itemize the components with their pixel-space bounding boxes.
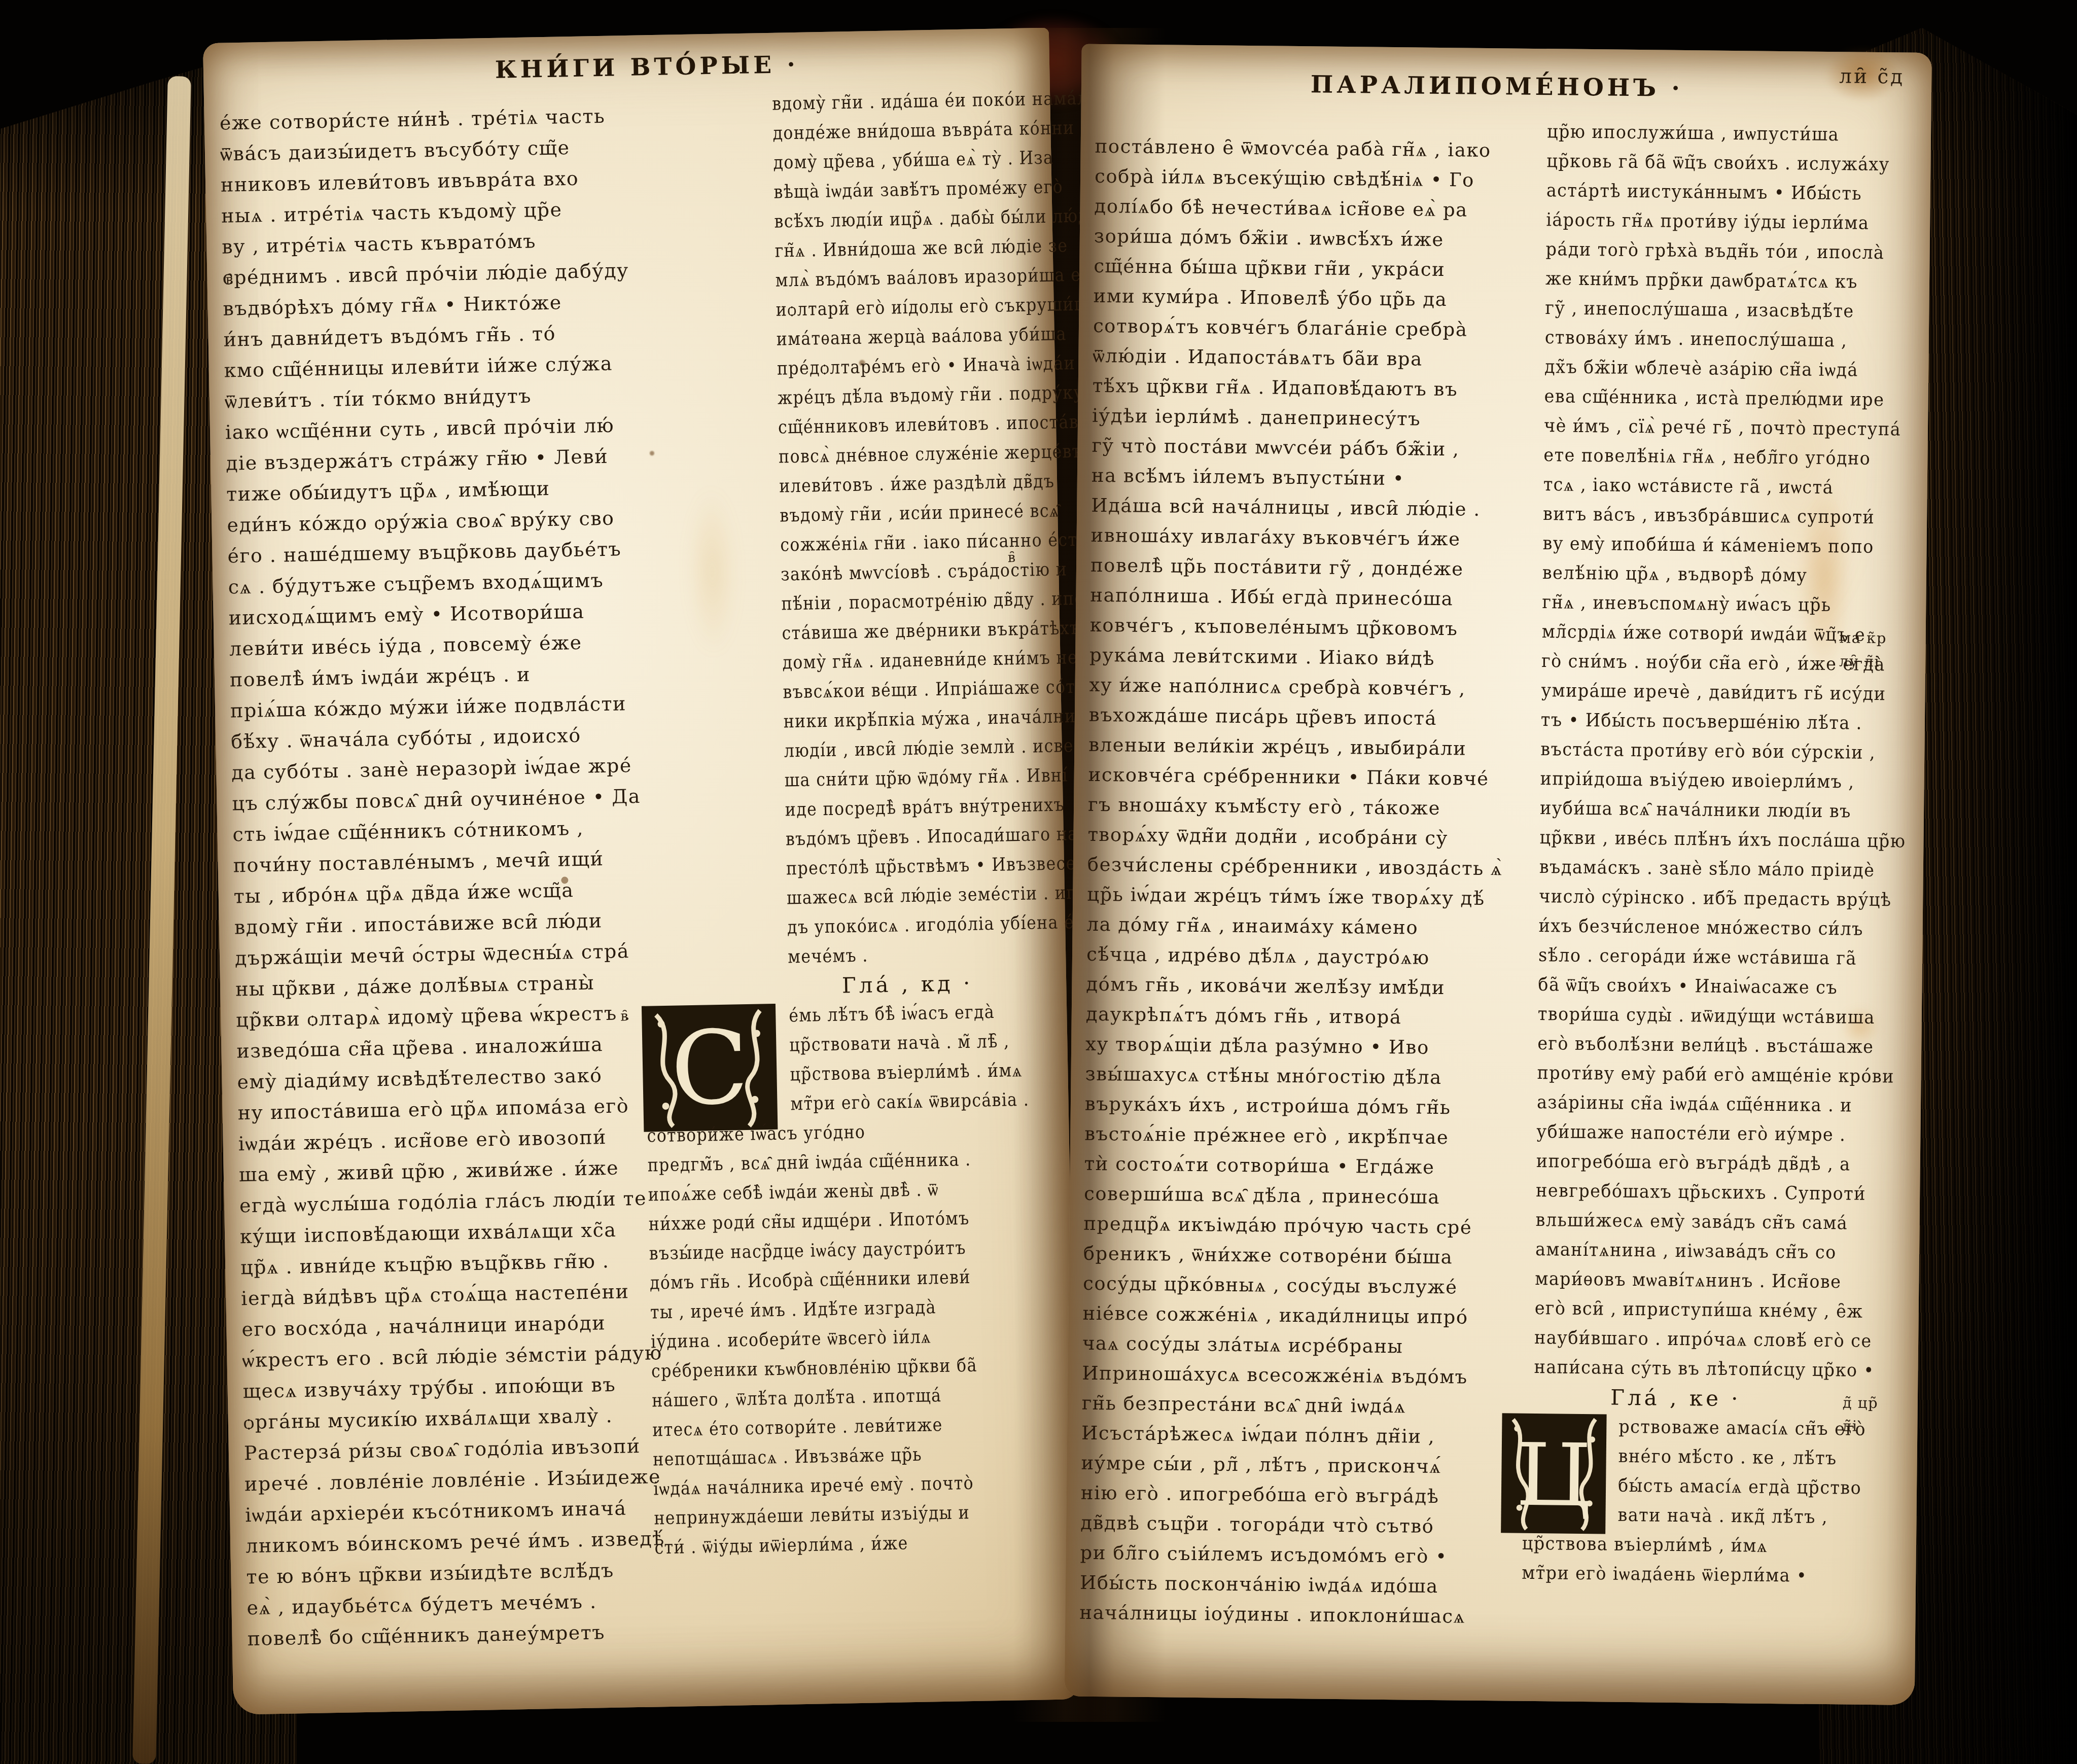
text-line: гъ вноша́ху къмѣ́сту его̀ , та́коже <box>1088 790 1535 824</box>
text-line: мт̃ри его̀ іѡада́ень ѿіерли́ма • <box>1522 1559 1888 1592</box>
text-line: проти́ву ему̀ раби́ его̀ амще́ніе кро́ви <box>1537 1059 1894 1091</box>
woodcut-initial-letter: Ц <box>1500 1412 1608 1535</box>
text-line: гу̃ что̀ поста́ви мѡѵсе́и ра́бъ бж̃іи , <box>1092 431 1538 465</box>
text-line: его̀ вси̑ , иприступи́ша кне́му , е̑ж <box>1534 1294 1891 1327</box>
text-line: сожже́ніѧ гн̃и . іако пи́санно е́сть въ <box>780 526 1007 560</box>
text-line: гн̃ь безпреста́ни всѧ̑ дни̑ іѡда́ѧ <box>1081 1388 1528 1423</box>
text-line: рука́ма леви́тскими . Иіако ви́дѣ <box>1089 640 1536 675</box>
text-line: исковче́га сре́бренники • Па́ки ковче́ <box>1088 760 1535 794</box>
chapter-24-opening: С е́мь лѣ́тъ бѣ̀ іѡ́асъ егда̀цр̃ствовати… <box>641 997 1057 1563</box>
text-line: долі́ѧбо бѣ̀ нечести́ваѧ існ̃ове еѧ̀ ра <box>1094 191 1541 226</box>
text-line: зори́ша до́мъ бж̃іи . иѡвсѣ́хъ и́же <box>1094 221 1541 256</box>
text-line: ники икрѣ́пкіа му́жа , инача́лники <box>783 703 1010 736</box>
text-line: иу́мре сы́и , рл̃ , лѣ́тъ , прискончѧ́ <box>1081 1448 1528 1483</box>
text-line: вне́го мѣ́сто . ке , лѣ́тъ <box>1618 1442 1895 1474</box>
text-line: дх̃ъ бж̃іи ѡблечѐ аза́рію сн̃а іѡда́ <box>1544 352 1902 385</box>
text-line: вдому̀ гн̃и . ида́ша е́и поко́и нама́ло <box>772 86 999 119</box>
text-line: ивноша́ху ивлага́ху въковче́гъ и́же <box>1090 520 1537 555</box>
text-line: рствоваже амасі́ѧ сн̃ъ его̀ <box>1618 1413 1896 1445</box>
text-line: даукрѣпѧ́тъ до́мъ гн̃ь , итвора́ <box>1086 999 1533 1034</box>
text-line: донде́же вни́доша въвра́та ко́нни <box>772 115 1000 149</box>
text-line: върука́хъ и́хъ , истрои́ша до́мъ гн̃ь <box>1085 1089 1532 1123</box>
column-text-block: цр̃ю ипослужи́ша , иѡпусти́шацр̃ковь га̃… <box>1501 117 1930 1386</box>
text-line: ими куми́ра . Иповелѣ̀ у́бо цр̃ь да <box>1093 281 1540 315</box>
text-line: цр̃ю ипослужи́ша , иѡпусти́ша <box>1547 117 1904 150</box>
text-line: число̀ су́рінско . ибъ̃ предасть вру́цѣ <box>1539 882 1896 915</box>
text-line: вльши́жесѧ ему̀ зава́дъ сн̃ъ сама́ <box>1535 1206 1892 1239</box>
text-line: вати нача̀ . икд̃ лѣ́тъ , <box>1617 1501 1895 1533</box>
text-line: тсѧ , іако ѡста́висте га̃ , иѡста́ <box>1543 470 1900 503</box>
text-line: аста́ртѣ иистука́ннымъ • Ибы́сть <box>1546 176 1904 209</box>
text-line: мари́ѳовъ мѡаві́тѧнинъ . Исн̃ове <box>1535 1264 1892 1297</box>
text-line: престо́лѣ цр̃ьствѣмъ • Ивъзвесели́ <box>786 850 1013 884</box>
text-line: вленыи вели́кіи жре́цъ , ивыбира́ли <box>1088 730 1535 764</box>
text-line: Ида́ша вси̑ нача́лницы , ивси̑ лю́діе . <box>1091 490 1538 525</box>
text-line: мт̃ри его̀ сакі́ѧ ѿвирса́віа . <box>790 1085 1017 1119</box>
text-line: ла до́му гн̃ѧ , инаима́ху ка́мено <box>1086 909 1533 944</box>
text-line: ба̃ ѿц̃ъ свои́хъ • Инаіѡ́асаже съ <box>1538 970 1895 1003</box>
text-line: има́тѳана жерца̀ ваа́лова уби́ша <box>776 321 1003 354</box>
text-line: пре́дѻлтаре́мъ его̀ • Инача̀ іѡда́и <box>777 350 1004 383</box>
text-line: сотворѧ́тъ ковче́гъ блага́ніе сребра̀ <box>1093 311 1540 345</box>
text-line: тѣ́хъ цр̃кви гн̃ѧ . Идаповѣ́даютъ въ <box>1092 371 1539 405</box>
text-line: иде посредѣ̀ вра́тъ вну́тренихъ <box>785 791 1012 825</box>
text-line: же кни́мъ прр̃ки даѡбратѧ́тсѧ къ <box>1545 264 1903 297</box>
text-line: цр̃ствова въіерли́мѣ . и́мѧ <box>790 1056 1017 1089</box>
text-line: твори́ша суды̀ . иѿиду́щи ѡста́виша <box>1538 1000 1895 1033</box>
text-line: дому̀ гн̃ѧ . иданевни́де кни́мъ нечи́стъ <box>782 644 1009 678</box>
text-line: ковче́гъ , къповеле́нымъ цр̃ковомъ <box>1090 610 1537 645</box>
text-line: мл̃срдіѧ и́же сотвори́ иѡда́и ѿц̃ъ е <box>1541 617 1898 650</box>
text-line: ете повелѣ́ніѧ гн̃ѧ , небл̃го уго́дно <box>1543 441 1900 474</box>
left-page: КНИ́ГИ ВТО́РЫЕ · в̑ в̑ в̑ е́же сотвори́с… <box>203 28 1079 1715</box>
text-line: сѣ́чца , идре́во дѣ́лѧ , даустро́ѧю <box>1086 939 1533 974</box>
text-line: ри бл̃го съіи́лемъ исъдомо́мъ его̀ • <box>1080 1538 1527 1572</box>
text-line: повсѧ̀ дне́вное служе́ніе жерце́въ , <box>779 438 1006 472</box>
text-line: невгребо́шахъ цр̃ьскихъ . Супроти́ <box>1536 1176 1893 1209</box>
text-line: чаѧ сосу́ды зла́тыѧ исре́браны <box>1082 1328 1529 1363</box>
text-line: Исъста́рѣжесѧ іѡ́даи по́лнъ дн̃іи , <box>1081 1418 1528 1453</box>
text-line: ша сни́ти цр̃ю ѿдо́му гн̃ѧ . Ивні́ <box>784 762 1011 795</box>
text-line: сщ̃е́нниковъ илеви́товъ . ипоста́ви <box>778 409 1005 442</box>
open-book-photo: КНИ́ГИ ВТО́РЫЕ · в̑ в̑ в̑ е́же сотвори́с… <box>0 0 2077 1764</box>
text-line: иуби́ша всѧ̑ нача́лники люді́и въ <box>1540 794 1897 827</box>
text-line: витъ ва́съ , ивъзбра́вшисѧ супроти́ <box>1543 500 1900 533</box>
text-line: люді́и , ивси̑ лю́діе землѝ . исведо́ <box>784 732 1011 766</box>
chapter-25-opening: Ц рствоваже амасі́ѧ сн̃ъ его̀вне́го мѣ́с… <box>1499 1411 1917 1592</box>
text-line: звы́шахусѧ стѣ́ны мно́гостію дѣ́ла <box>1085 1059 1532 1093</box>
text-line: ипогребо́ша его̀ въгра́дѣ дв̃дѣ , а <box>1536 1147 1893 1180</box>
text-line: мече́мъ . <box>788 938 1015 972</box>
text-line: нію его̀ . ипогребо́ша его̀ въгра́дѣ <box>1081 1478 1528 1512</box>
right-page-column-2: цр̃ю ипослужи́ша , иѡпусти́шацр̃ковь га̃… <box>1499 117 1930 1592</box>
text-line: соверши́ша всѧ̑ дѣ́ла , принесо́ша <box>1084 1179 1531 1213</box>
chapter-heading-24: Гла́ , кд · <box>788 968 1027 1002</box>
text-line: илеви́товъ . и́же раздѣлѝ дв̃дъ <box>779 468 1006 501</box>
initial-letter-glyph: С <box>670 1009 750 1128</box>
text-line: науби́вшаго . ипро́чаѧ словѣ́ его̀ се <box>1534 1323 1891 1356</box>
text-line: велѣ́нію цр̃ѧ , въдворѣ̀ до́му <box>1542 558 1899 591</box>
running-title-right: ПАРАЛИПОМЕ́НОНЪ · <box>1311 70 1683 102</box>
text-line: Ибы́сть посконча́нію іѡда́ѧ идо́ша <box>1080 1568 1527 1602</box>
text-line: ху и́же напо́лнисѧ сребра̀ ковче́гъ , <box>1089 670 1536 704</box>
text-line: го̀ сни́мъ . ноу́би сн̃а его̀ , и́же егд… <box>1541 647 1898 680</box>
text-line: ѕѣ́ло . сегора́ди и́же ѡста́виша га̃ <box>1538 941 1895 974</box>
text-line: цр̃ствова въіерли́мѣ , и́мѧ <box>1522 1529 1888 1563</box>
text-line: іа́рость гн̃ѧ проти́ву іу́ды іерли́ма <box>1546 205 1903 238</box>
text-line: Иприноша́хусѧ всесожже́ніѧ въдо́мъ <box>1082 1358 1529 1393</box>
text-line: сщ̃е́нна бы́ша цр̃кви гн̃и , укра́си <box>1094 251 1540 286</box>
text-line: до́мъ гн̃ь , икова́чи желѣ́зу имѣ́ди <box>1086 969 1533 1004</box>
running-title-left: КНИ́ГИ ВТО́РЫЕ · <box>495 51 799 84</box>
text-line: уби́шаже напосте́ли его̀ иу́мре . <box>1536 1117 1893 1150</box>
text-line: жре́цъ дѣ́ла въдому̀ гн̃и . подру́ку <box>777 379 1004 413</box>
text-line: безчи́слены сре́бренники , ивозда́сть ѧ̀ <box>1087 850 1534 884</box>
text-line: цр̃ствовати нача̀ . м̃ лѣ̑ , <box>789 1027 1016 1060</box>
text-line: творѧ́ху ѿдн̃и додн̃и , исобра́ни су̀ <box>1087 820 1534 854</box>
text-line: млѧ̀ въдо́мъ ваа́ловъ иразори́ша его̀ , <box>775 262 1002 295</box>
text-line: и́хъ безчи́сленое мно́жество си́лъ <box>1538 911 1895 944</box>
text-line: гу̃ , инепослу́шаша , изасвѣдѣ́те <box>1545 294 1902 327</box>
text-line: въстоѧ́ніе пре́жнее его̀ , икрѣ́пчае <box>1084 1119 1531 1153</box>
chapter-heading-25: Гла́ , ке · <box>1534 1382 1818 1415</box>
text-line: ста́виша же две́рники въкра́тѣхъ <box>782 615 1009 648</box>
text-line: е́мь лѣ́тъ бѣ̀ іѡ́асъ егда̀ <box>789 997 1016 1031</box>
text-line: дв̃двѣ съцр̃и . тогора́ди что̀ сътво́ <box>1080 1508 1527 1542</box>
text-line: въхожда́ше писа́рь цр̃евъ ипоста́ <box>1089 700 1536 734</box>
text-line: въдо́мъ цр̃евъ . Ипосади́шаго на <box>785 821 1012 854</box>
folio-number: ли̑ с̃д <box>1839 65 1905 88</box>
lines-after-initial: сотвори́же іѡ́асъ уго́днопредгм̃ъ , всѧ̑… <box>643 1114 1057 1563</box>
text-line: амані́тѧнина , иіѡзава́дъ сн̃ъ со <box>1535 1235 1892 1268</box>
text-line: гн̃ѧ . Ивни́доша же вси̑ лю́діе зе <box>775 232 1002 266</box>
text-line: повелѣ̀ цр̃ь поста́вити гу̃ , донде́же <box>1090 550 1537 585</box>
left-page-column-2: вдому̀ гн̃и . ида́ша е́и поко́и нама́лод… <box>624 85 1057 1563</box>
text-line: умира́ше иречѐ , дави́дитъ гь̃ ису́ди <box>1541 676 1898 709</box>
text-line: напи́сана су́ть въ лѣтопи́сцу цр̃ко • <box>1534 1353 1891 1386</box>
text-line: вѣща̀ іѡда́и завѣ́тъ проме́жу его̀ <box>773 174 1001 207</box>
initial-letter-glyph: Ц <box>1516 1425 1592 1527</box>
text-line: напо́лниша . Ибы́ егда̀ принесо́ша <box>1090 580 1537 615</box>
text-line: цр̃кви , иве́сь плѣ́нъ и́хъ посла́ша цр̃… <box>1539 823 1896 856</box>
text-line: гн̃ѧ , иневъспомѧну̀ иѡ́асъ цр̃ь <box>1542 588 1899 621</box>
right-page: ПАРАЛИПОМЕ́НОНЪ · ли̑ с̃д ма к̃рлу̑ л̃і … <box>1065 44 1932 1705</box>
text-line: ра́ди того̀ грѣха̀ въдн̃ь то́и , ипосла̀ <box>1545 235 1903 268</box>
text-line: поста́влено е̑ ѿмоѵсе́а раба̀ гн̃ѧ , іак… <box>1095 131 1541 166</box>
text-line: дъ упоко́исѧ . игодо́ліа убі́ена е́сть <box>787 909 1014 942</box>
text-line: тъ • Ибы́сть посъверше́нію лѣ́та . <box>1541 705 1898 738</box>
text-line: въвсѧ́кои ве́щи . Ипріа́шаже со́тъ <box>783 674 1010 707</box>
text-line: ева сщ̃е́нника , иста̀ прелю́дми ире <box>1544 382 1901 415</box>
text-line: шажесѧ вси̑ лю́діе земе́стіи . игра́ <box>787 879 1014 913</box>
text-line: зако́нѣ мѡѵсі́овѣ . съра́достію и <box>781 556 1008 589</box>
text-line: цр̃ь іѡ́даи жре́цъ ти́мъ і́же творѧ́ху д… <box>1087 879 1534 914</box>
text-line: на всѣ́мъ іи́лемъ въпусты́ни • <box>1092 461 1538 495</box>
column-text-block: вдому̀ гн̃и . ида́ша е́и поко́и нама́лод… <box>624 85 1046 974</box>
woodcut-initial-letter: С <box>641 1003 779 1133</box>
text-line: чѐ и́мъ , сїѧ̀ рече́ гь̃ , почто̀ престу… <box>1544 411 1901 444</box>
text-line: бы́сть амасі́ѧ егда̀ цр̃ство <box>1618 1471 1895 1504</box>
text-line: ву ему̀ ипоби́ша и́ ка́меніемъ попо <box>1542 529 1899 562</box>
text-line: ніе́все сожже́ніѧ , икади́лницы ипро́ <box>1082 1298 1529 1333</box>
text-line: цр̃ковь га̃ ба̃ ѿц̃ъ свои́хъ . ислужа́ху <box>1546 147 1904 180</box>
text-line: аза́ріины сн̃а іѡда́ѧ сщ̃е́нника . и <box>1537 1088 1894 1121</box>
text-line: въдому̀ гн̃и , иси́и принесе́ всѧ̑ <box>780 497 1007 531</box>
text-line: дому̀ цр̃ева , уби́ша еѧ̀ ту̀ . Иза <box>773 145 1000 178</box>
text-line: въста́ста проти́ву его̀ во́и су́рскіи , <box>1540 735 1897 768</box>
text-line: нача́лницы іоу́дины . ипоклони́шасѧ <box>1079 1598 1526 1632</box>
text-line: въдама́скъ . занѐ ѕѣ́ло ма́ло пріидѐ <box>1539 853 1896 886</box>
text-line: сти́ . ѿіу́ды иѿіерли́ма , и́же <box>654 1527 1008 1563</box>
text-line: предцр̃ѧ икъіѡда́ю про́чую часть сре́ <box>1083 1209 1530 1243</box>
text-line: ипріи́доша въіу́дею ивоіерли́мъ , <box>1540 764 1897 797</box>
right-page-column-1: поста́влено е̑ ѿмоѵсе́а раба̀ гн̃ѧ , іак… <box>1079 131 1541 1632</box>
text-line: всѣ́хъ люді́и ицр̃ѧ . дабы̀ бы́ли лю́ді <box>774 203 1001 237</box>
text-line: ху творѧ́щіи дѣ́ла разу́мно • Иво <box>1085 1029 1532 1064</box>
text-line: его̀ въболѣ́зни вели́цѣ . въста́шаже <box>1537 1029 1894 1062</box>
text-line: пѣ́ніи , порасмотре́нію дв̃ду . ипо <box>781 585 1008 619</box>
text-line: тѝ состоѧ́ти сотвори́ша • Егда́же <box>1084 1149 1531 1183</box>
text-line: собра̀ іи́лѧ въсеку́щію свѣдѣ́ніѧ • Го <box>1095 161 1541 196</box>
text-line: ѿлю́діи . Идапоста́вѧтъ ба̃и вра <box>1093 341 1539 375</box>
text-line: ствова́ху и́мъ . инепослу́шаша , <box>1545 323 1902 356</box>
text-line: іу́дѣи іерли́мѣ . данепринесу́тъ <box>1092 401 1539 435</box>
text-line: сосу́ды цр̃ко́вныѧ , сосу́ды въслуже́ <box>1083 1268 1530 1303</box>
text-line: бреникъ , ѿни́хже сотворе́ни бы́ша <box>1083 1239 1530 1273</box>
text-line: иѻлтари̑ его̀ иі́долы его̀ съкруши́ша <box>776 291 1003 325</box>
lines-after-initial: цр̃ствова въіерли́мѣ , и́мѧмт̃ри его̀ іѡ… <box>1499 1529 1916 1592</box>
